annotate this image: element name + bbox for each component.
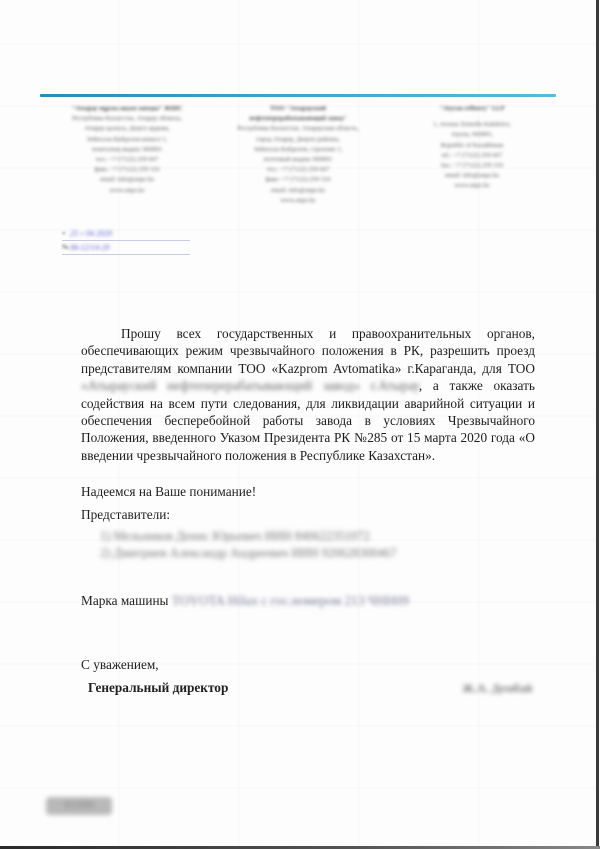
letterhead-right-line: email: info@anpz.kz <box>387 171 557 181</box>
letterhead-right-line: Republic of Kazakhstan <box>387 141 557 151</box>
letterhead-right-column: "Atyrau refinery" LLP 1, Avenue Zeinolla… <box>387 104 557 192</box>
car-label: Марка машины <box>81 593 172 608</box>
letterhead-left-line: пошталық индекс 060001 <box>42 145 212 155</box>
date-value: 25 » 04 2020 <box>62 229 112 238</box>
letterhead-middle-line: Зейнолла Кабдолов, строение 1, <box>213 145 383 155</box>
letterhead-right-line: fax.: +7 (7122) 259 310 <box>387 161 557 171</box>
letterhead-middle-column: ТОО "Атырауский нефтеперерабатывающий за… <box>213 104 383 206</box>
body-text-start: Прошу всех государственных и правоохрани… <box>81 326 535 376</box>
document-page: "Атырау нұрлы ақым заводы" ЖШС Республик… <box>0 0 599 849</box>
signatory-name: Ж.А. Дембай <box>462 681 532 696</box>
representative-item: 2) Дмитриев Александр Андреевич ИИН 9206… <box>100 545 397 562</box>
letterhead-left-column: "Атырау нұрлы ақым заводы" ЖШС Республик… <box>42 104 212 196</box>
letterhead-left-line: Атырау қаласы, Деңгіз ауданы, <box>42 124 212 134</box>
number-value: 06-12/14-20 <box>62 243 110 252</box>
letterhead-right-title: "Atyrau refinery" LLP <box>387 104 557 114</box>
representatives-list: 1) Мельников Денис Юрьевич ИИН 840622351… <box>100 528 397 562</box>
letterhead-left-line: email: info@anpz.kz <box>42 175 212 185</box>
letterhead-middle-line: email: info@anpz.kz <box>213 186 383 196</box>
outgoing-number: № 06-12/14-20 <box>62 241 190 255</box>
letterhead-rule <box>40 94 556 97</box>
letterhead-left-line: тел.: +7 (7122) 259 667 <box>42 155 212 165</box>
letterhead-right-line: Atyrau, 060001, <box>387 130 557 140</box>
letterhead-right-line: tel.: +7 (7122) 259 667 <box>387 151 557 161</box>
outgoing-reference: « 25 » 04 2020 № 06-12/14-20 <box>62 227 190 255</box>
outgoing-date: « 25 » 04 2020 <box>62 227 190 241</box>
serial-number-stamp: 052080 <box>46 797 112 815</box>
letterhead-right-line: www.anpz.kz <box>387 181 557 191</box>
letterhead-left-line: факс: +7 (7122) 259 310 <box>42 165 212 175</box>
representatives-label: Представители: <box>81 506 170 523</box>
letterhead-middle-line: тел.: +7 (7122) 259 667 <box>213 165 383 175</box>
car-info-line: Марка машины TOYOTA Hilux с гос.номером … <box>81 592 409 609</box>
letterhead-left-line: Зейнолла Кабдолов көшесі 1, <box>42 135 212 145</box>
letterhead-middle-line: почтовый индекс 060001 <box>213 155 383 165</box>
closing-hope-line: Надеемся на Ваше понимание! <box>81 483 256 500</box>
letterhead-middle-subtitle: нефтеперерабатывающий завод" <box>213 114 383 124</box>
letterhead-right-line: 1, Avenue Zeinolla Kabdolov, <box>387 120 557 130</box>
letterhead-middle-title: ТОО "Атырауский <box>213 104 383 114</box>
letterhead-left-line: www.anpz.kz <box>42 186 212 196</box>
letterhead-middle-line: город Атырау, Деңгиз районы, <box>213 135 383 145</box>
letterhead-left-title: "Атырау нұрлы ақым заводы" ЖШС <box>42 104 212 114</box>
car-value: TOYOTA Hilux с гос.номером 213 ЧНН09 <box>172 593 409 608</box>
signatory-title: Генеральный директор <box>88 679 228 696</box>
letter-body-paragraph: Прошу всех государственных и правоохрани… <box>81 325 535 464</box>
redacted-company-name: «Атырауский нефтеперерабатывающий завод»… <box>81 378 419 393</box>
letterhead-middle-line: факс: +7 (7122) 259 310 <box>213 175 383 185</box>
closing-regards: С уважением, <box>81 656 159 673</box>
representative-item: 1) Мельников Денис Юрьевич ИИН 840622351… <box>100 528 397 545</box>
letterhead-middle-line: www.anpz.kz <box>213 196 383 206</box>
letterhead-left-line: Республика Казахстан, Атырау облысы, <box>42 114 212 124</box>
letterhead-middle-line: Республика Казахстан, Атырауская область… <box>213 124 383 134</box>
